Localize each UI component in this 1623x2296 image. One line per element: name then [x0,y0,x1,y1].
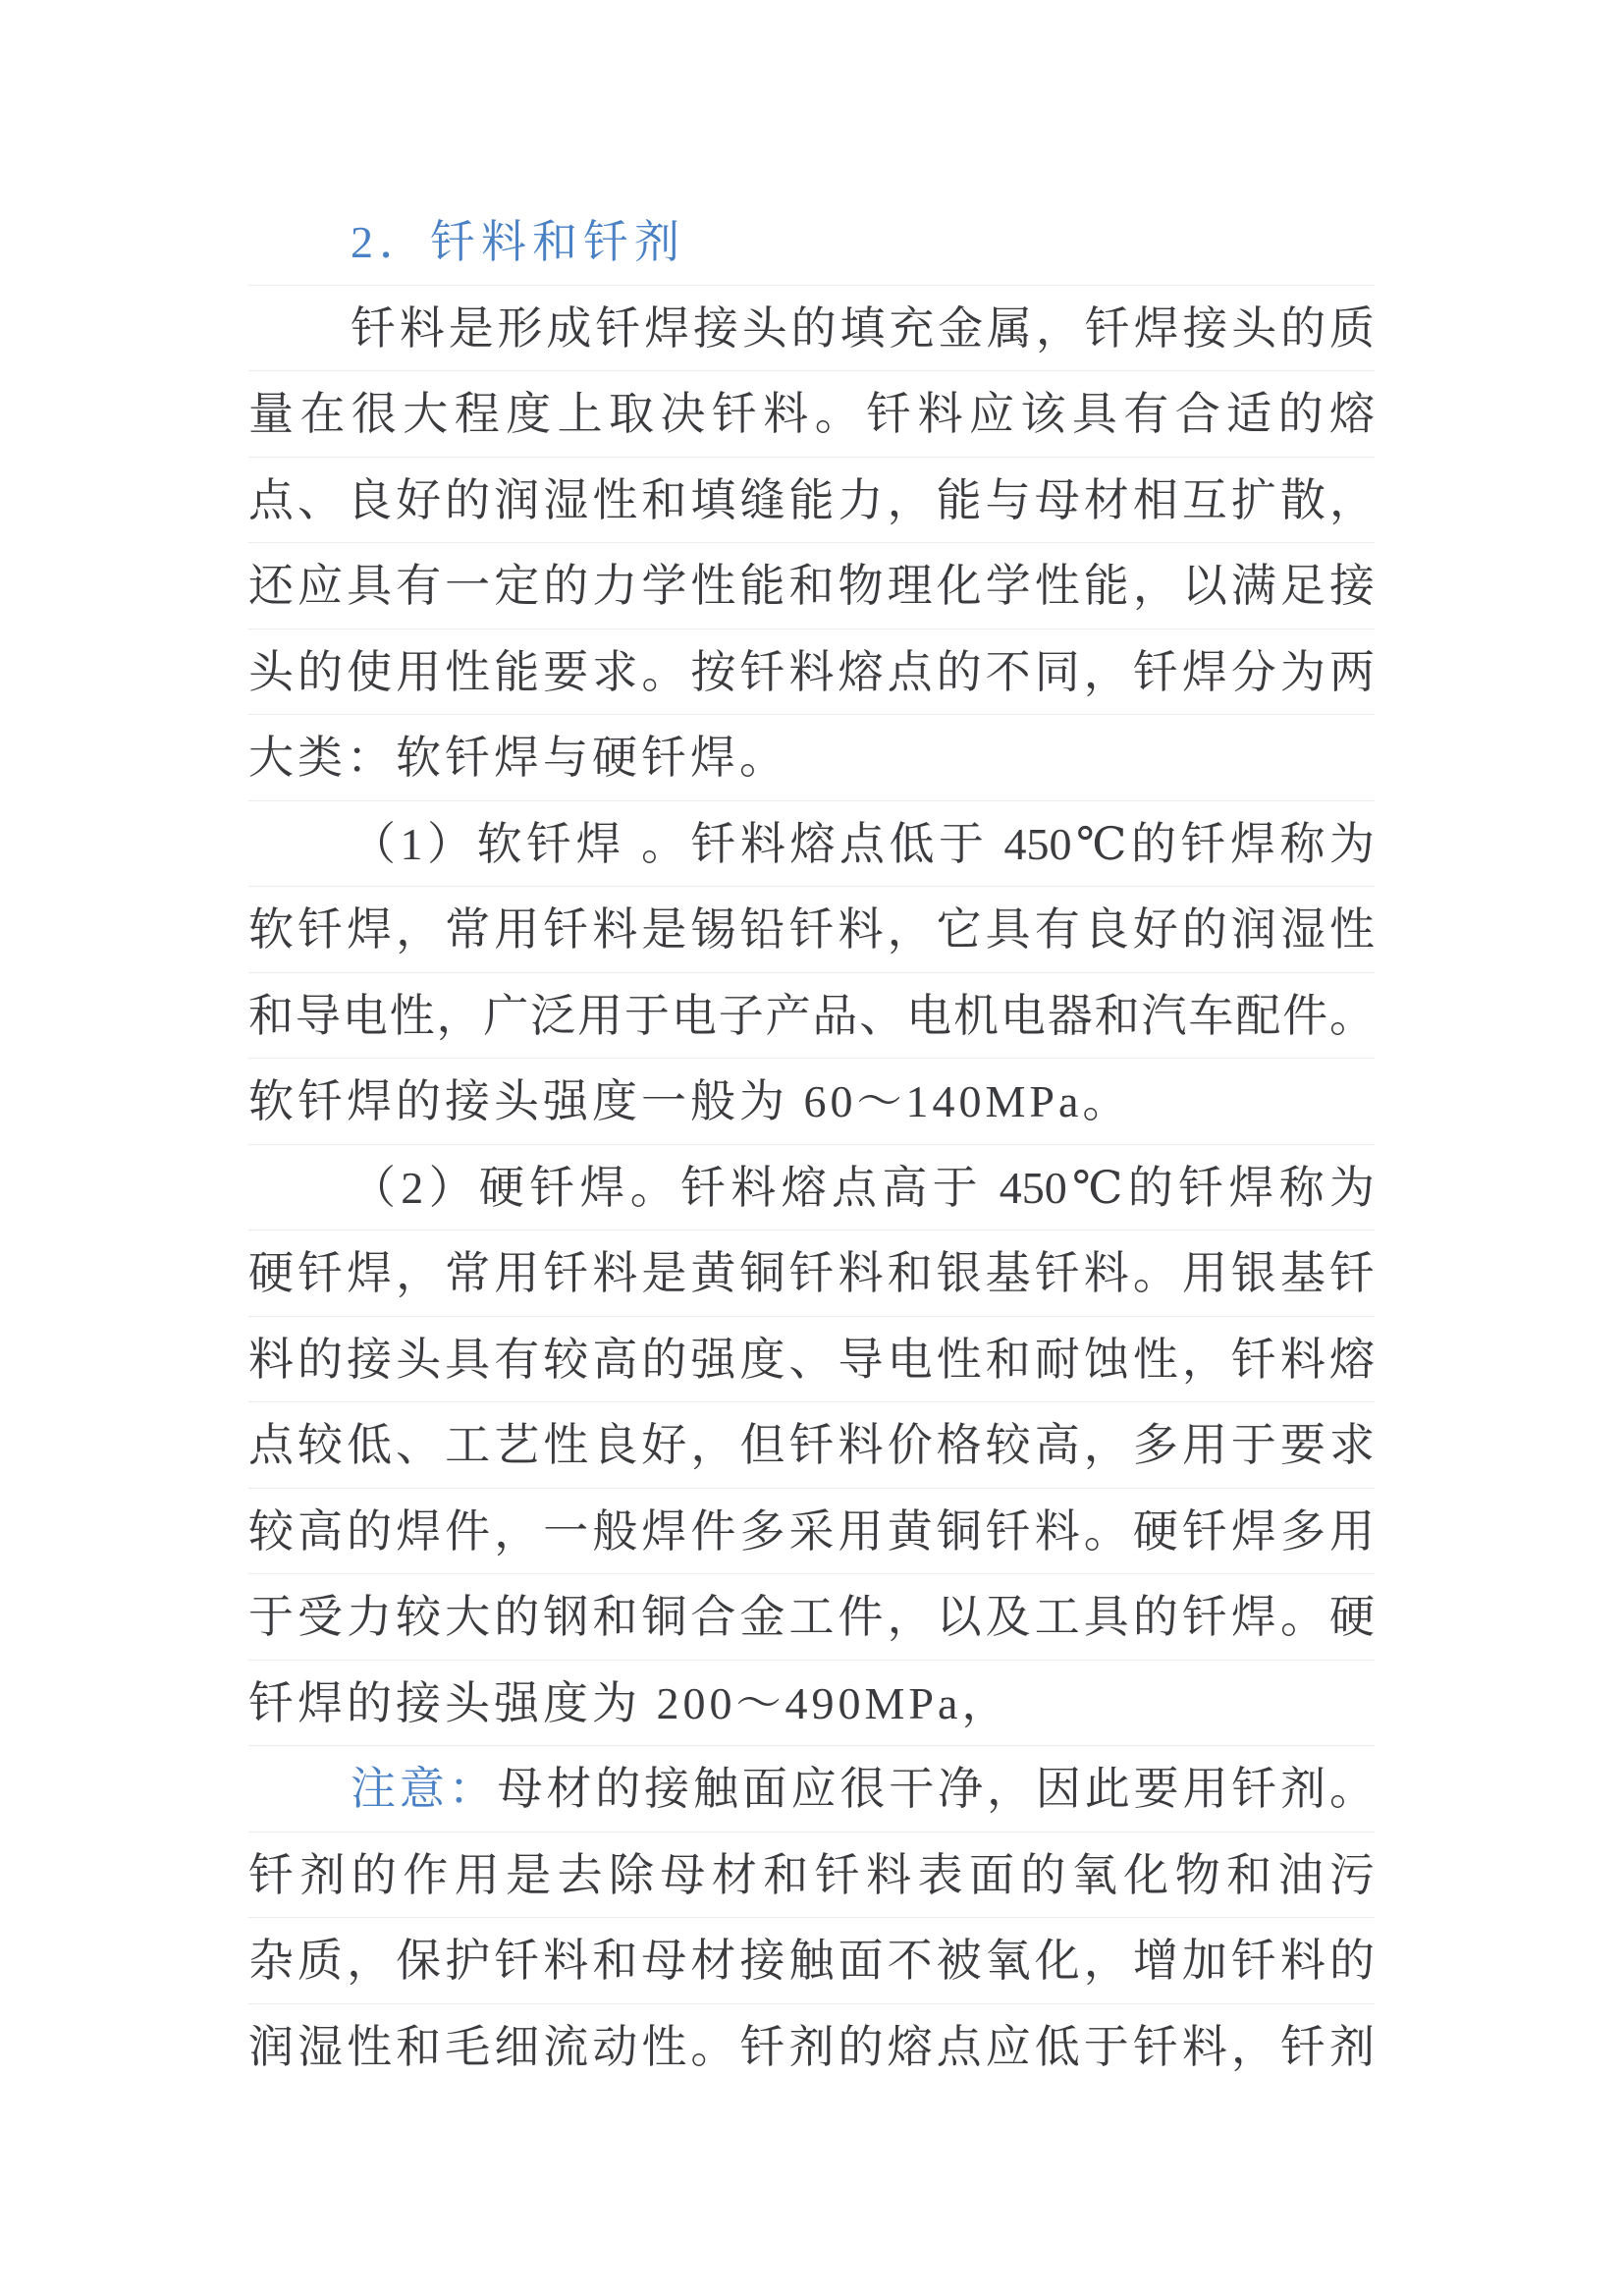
text-line: 和导电性，广泛用于电子产品、电机电器和汽车配件。 [248,973,1375,1060]
line-text: 钎剂的作用是去除母材和钎料表面的氧化物和油污 [248,1850,1375,1900]
line-text: 润湿性和毛细流动性。钎剂的熔点应低于钎料，钎剂 [248,2022,1375,2072]
line-text: 还应具有一定的力学性能和物理化学性能，以满足接 [248,561,1375,611]
line-text: 料的接头具有较高的强度、导电性和耐蚀性，钎料熔 [248,1335,1375,1385]
line-text: 大类：软钎焊与硬钎焊。 [248,733,788,783]
text-line: 点、良好的润湿性和填缝能力，能与母材相互扩散， [248,458,1375,544]
line-text: 软钎焊，常用钎料是锡铅钎料，它具有良好的润湿性 [248,904,1375,955]
text-line: 量在很大程度上取决钎料。钎料应该具有合适的熔 [248,371,1375,458]
text-line: （2）硬钎焊。钎料熔点高于 450℃的钎焊称为 [248,1145,1375,1231]
note-label: 注意： [351,1764,498,1814]
text-line: 较高的焊件，一般焊件多采用黄铜钎料。硬钎焊多用 [248,1489,1375,1575]
line-text: 杂质，保护钎料和母材接触面不被氧化，增加钎料的 [248,1936,1375,1986]
line-text: 点较低、工艺性良好，但钎料价格较高，多用于要求 [248,1420,1375,1470]
line-text: 母材的接触面应很干净，因此要用钎剂。 [498,1764,1375,1814]
text-line: （1）软钎焊 。钎料熔点低于 450℃的钎焊称为 [248,801,1375,888]
text-line: 点较低、工艺性良好，但钎料价格较高，多用于要求 [248,1402,1375,1489]
document-content: 2．钎料和钎剂 钎料是形成钎焊接头的填充金属，钎焊接头的质量在很大程度上取决钎料… [248,199,1375,2090]
line-text: 点、良好的润湿性和填缝能力，能与母材相互扩散， [248,475,1375,525]
text-line: 软钎焊的接头强度一般为 60～140MPa。 [248,1059,1375,1145]
line-text: 于受力较大的钢和铜合金工件，以及工具的钎焊。硬 [248,1592,1375,1642]
text-line: 硬钎焊，常用钎料是黄铜钎料和银基钎料。用银基钎 [248,1230,1375,1317]
text-line: 钎剂的作用是去除母材和钎料表面的氧化物和油污 [248,1832,1375,1919]
text-line: 于受力较大的钢和铜合金工件，以及工具的钎焊。硬 [248,1574,1375,1661]
text-line: 料的接头具有较高的强度、导电性和耐蚀性，钎料熔 [248,1317,1375,1403]
document-page: 2．钎料和钎剂 钎料是形成钎焊接头的填充金属，钎焊接头的质量在很大程度上取决钎料… [0,0,1623,2296]
line-text: 较高的焊件，一般焊件多采用黄铜钎料。硬钎焊多用 [248,1506,1375,1557]
text-line: 钎料是形成钎焊接头的填充金属，钎焊接头的质 [248,286,1375,372]
document-body: 钎料是形成钎焊接头的填充金属，钎焊接头的质量在很大程度上取决钎料。钎料应该具有合… [248,286,1375,2091]
line-text: 头的使用性能要求。按钎料熔点的不同，钎焊分为两 [248,647,1375,697]
text-line: 还应具有一定的力学性能和物理化学性能，以满足接 [248,543,1375,629]
text-line: 钎焊的接头强度为 200～490MPa， [248,1661,1375,1747]
line-text: （2）硬钎焊。钎料熔点高于 450℃的钎焊称为 [351,1163,1375,1213]
line-text: 和导电性，广泛用于电子产品、电机电器和汽车配件。 [248,991,1375,1041]
text-line: 注意：母材的接触面应很干净，因此要用钎剂。 [248,1746,1375,1832]
line-text: 软钎焊的接头强度一般为 60～140MPa。 [248,1076,1131,1126]
section-heading: 2．钎料和钎剂 [248,199,1375,286]
text-line: 润湿性和毛细流动性。钎剂的熔点应低于钎料，钎剂 [248,2004,1375,2091]
text-line: 杂质，保护钎料和母材接触面不被氧化，增加钎料的 [248,1918,1375,2004]
line-text: 硬钎焊，常用钎料是黄铜钎料和银基钎料。用银基钎 [248,1248,1375,1298]
line-text: 钎焊的接头强度为 200～490MPa， [248,1678,1010,1728]
line-text: 钎料是形成钎焊接头的填充金属，钎焊接头的质 [351,303,1375,354]
text-line: 软钎焊，常用钎料是锡铅钎料，它具有良好的润湿性 [248,887,1375,973]
line-text: 量在很大程度上取决钎料。钎料应该具有合适的熔 [248,389,1375,439]
text-line: 大类：软钎焊与硬钎焊。 [248,715,1375,801]
text-line: 头的使用性能要求。按钎料熔点的不同，钎焊分为两 [248,629,1375,716]
line-text: （1）软钎焊 。钎料熔点低于 450℃的钎焊称为 [351,819,1375,869]
